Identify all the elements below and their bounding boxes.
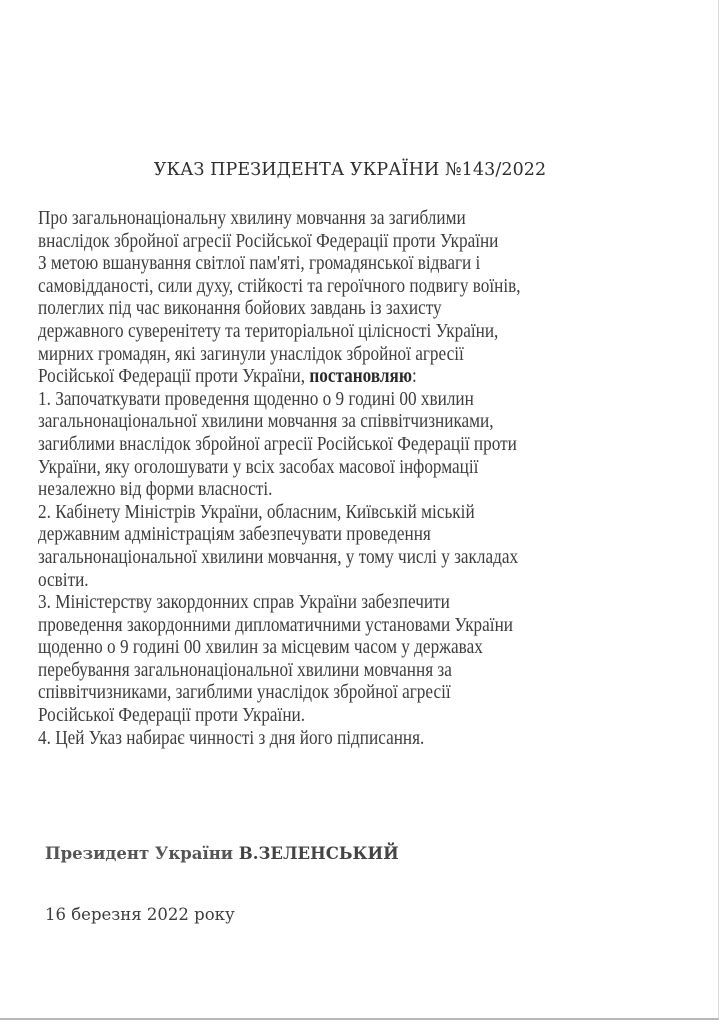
decree-date: 16 березня 2022 року xyxy=(45,905,235,924)
body-line: мирних громадян, які загинули унаслідок … xyxy=(38,343,623,366)
item-line: 2. Кабінету Міністрів України, обласним,… xyxy=(38,501,623,524)
decree-line-suffix: : xyxy=(412,365,417,387)
item-line: України, яку оголошувати у всіх засобах … xyxy=(38,456,623,479)
decree-word: постановляю xyxy=(309,365,412,387)
item-line: незалежно від форми власності. xyxy=(38,478,623,501)
signature-name: В.ЗЕЛЕНСЬКИЙ xyxy=(239,844,399,863)
decree-body: Про загальнонаціональну хвилину мовчання… xyxy=(38,207,623,749)
document-page: УКАЗ ПРЕЗИДЕНТА УКРАЇНИ №143/2022 Про за… xyxy=(0,0,719,1020)
item-line: загальнонаціональної хвилини мовчання за… xyxy=(38,410,623,433)
decree-line: Російської Федерації проти України, пост… xyxy=(38,365,623,388)
item-line: співвітчизниками, загиблими унаслідок зб… xyxy=(38,681,623,704)
body-line: Про загальнонаціональну хвилину мовчання… xyxy=(38,207,623,230)
body-line: внаслідок збройної агресії Російської Фе… xyxy=(38,230,623,253)
body-line: полеглих під час виконання бойових завда… xyxy=(38,297,623,320)
item-line: загиблими внаслідок збройної агресії Рос… xyxy=(38,433,623,456)
item-line: щоденно о 9 годині 00 хвилин за місцевим… xyxy=(38,636,623,659)
body-line: З метою вшанування світлої пам'яті, гром… xyxy=(38,252,623,275)
decree-title: УКАЗ ПРЕЗИДЕНТА УКРАЇНИ №143/2022 xyxy=(0,160,700,180)
item-line: освіти. xyxy=(38,569,623,592)
body-line: самовідданості, сили духу, стійкості та … xyxy=(38,275,623,298)
item-line: загальнонаціональної хвилини мовчання, у… xyxy=(38,546,623,569)
item-line: 3. Міністерству закордонних справ Україн… xyxy=(38,591,623,614)
item-line: державним адміністраціям забезпечувати п… xyxy=(38,523,623,546)
item-line: 1. Започаткувати проведення щоденно о 9 … xyxy=(38,388,623,411)
signature-title: Президент України xyxy=(45,844,239,863)
body-line: державного суверенітету та територіально… xyxy=(38,320,623,343)
item-line: 4. Цей Указ набирає чинності з дня його … xyxy=(38,727,623,750)
item-line: проведення закордонними дипломатичними у… xyxy=(38,614,623,637)
decree-line-prefix: Російської Федерації проти України, xyxy=(38,365,309,387)
signature-block: Президент України В.ЗЕЛЕНСЬКИЙ xyxy=(45,844,399,863)
item-line: Російської Федерації проти України. xyxy=(38,704,623,727)
item-line: перебування загальнонаціональної хвилини… xyxy=(38,659,623,682)
